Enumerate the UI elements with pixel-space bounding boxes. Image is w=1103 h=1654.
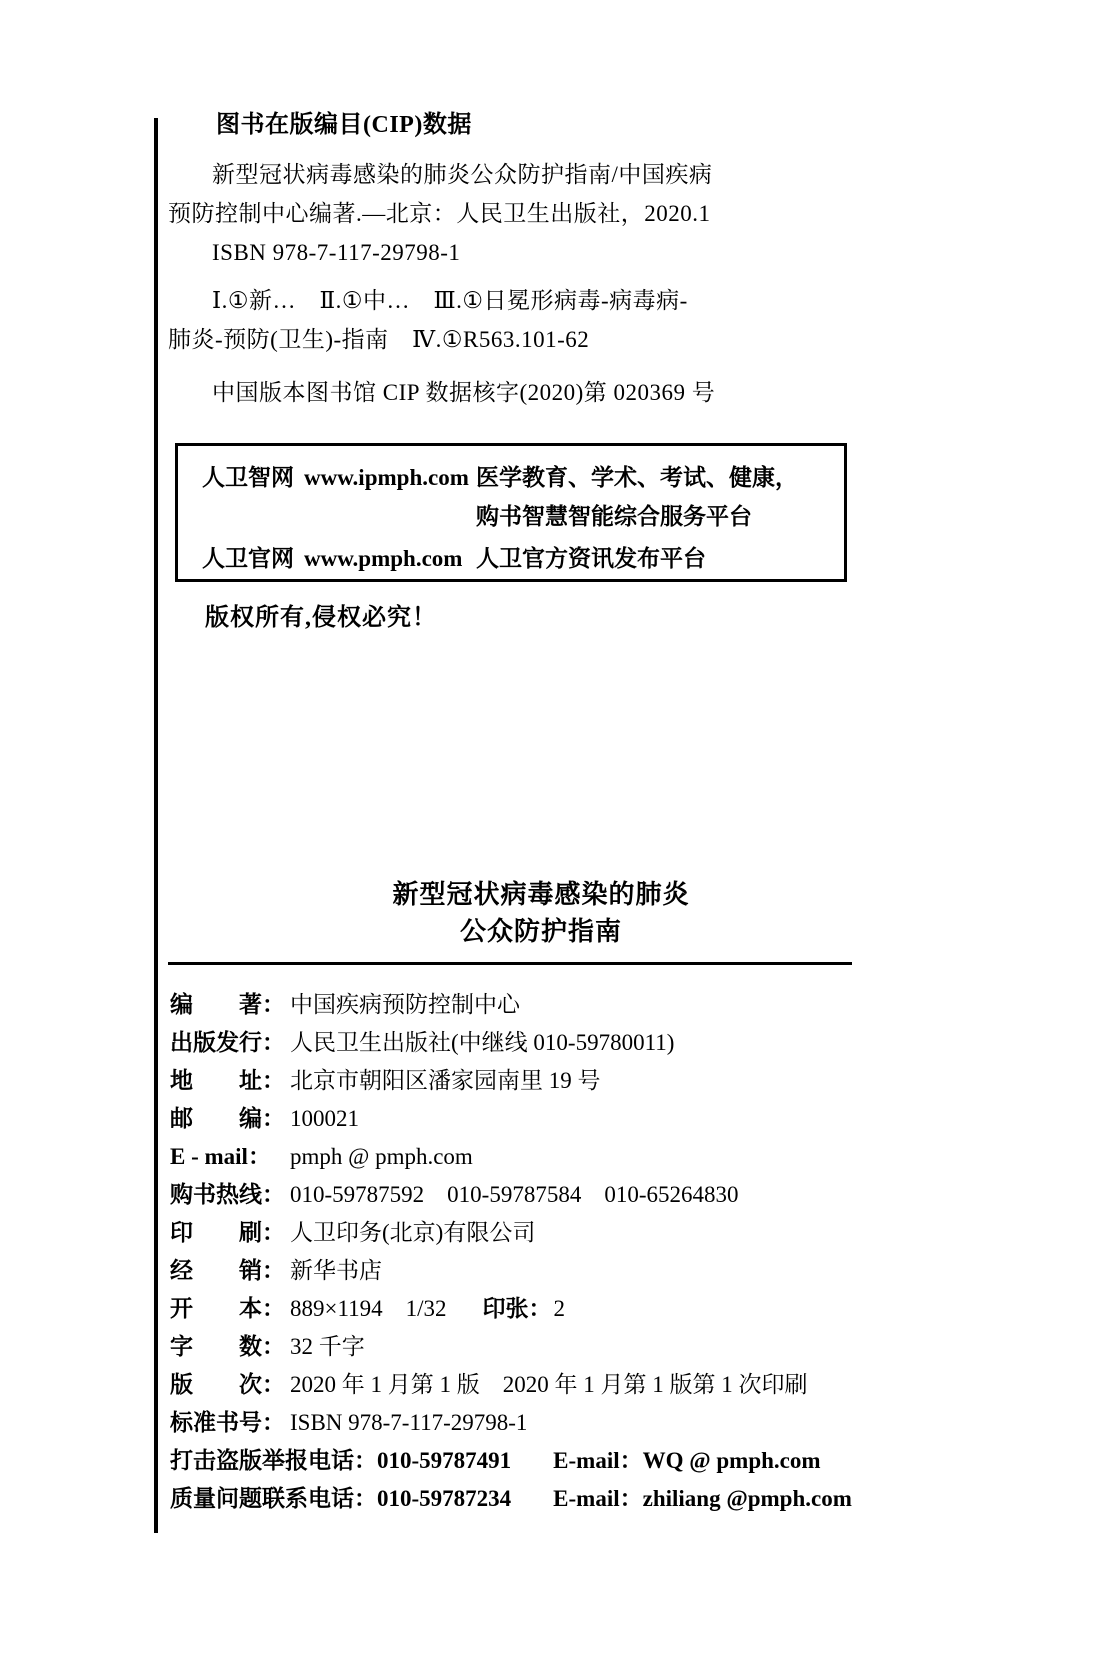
cip-data-section: 图书在版编目(CIP)数据 新型冠状病毒感染的肺炎公众防护指南/中国疾病 预防控… <box>168 106 864 412</box>
row-value: 889×1194 1/32 <box>290 1290 447 1328</box>
site-description: 医学教育、学术、考试、健康， <box>476 458 844 497</box>
row-value: pmph @ pmph.com <box>290 1138 473 1176</box>
hotline-phone: 打击盗版举报电话：010-59787491 <box>170 1442 511 1480</box>
row-value: 新华书店 <box>290 1252 382 1290</box>
row-label: 购书热线： <box>170 1176 290 1214</box>
row-label: 地 址： <box>170 1062 290 1100</box>
row-label: 字 数： <box>170 1328 290 1366</box>
colophon-row-format: 开 本： 889×1194 1/32 印张： 2 <box>170 1290 930 1328</box>
book-title: 新型冠状病毒感染的肺炎 公众防护指南 <box>168 876 886 950</box>
copyright-notice: 版权所有,侵权必究！ <box>205 597 437 632</box>
row-label: 经 销： <box>170 1252 290 1290</box>
colophon-row-edition: 版 次： 2020 年 1 月第 1 版 2020 年 1 月第 1 版第 1 … <box>170 1366 930 1404</box>
row-value: 100021 <box>290 1100 359 1138</box>
row-label-secondary: 印张： <box>483 1290 552 1328</box>
site-description: 人卫官方资讯发布平台 <box>476 539 844 578</box>
row-label: 开 本： <box>170 1290 290 1328</box>
book-title-line1: 新型冠状病毒感染的肺炎 <box>196 876 886 913</box>
colophon-row-wordcount: 字 数： 32 千字 <box>170 1328 930 1366</box>
row-value: 32 千字 <box>290 1328 365 1366</box>
book-title-line2: 公众防护指南 <box>196 913 886 950</box>
colophon-row-printer: 印 刷： 人卫印务(北京)有限公司 <box>170 1214 930 1252</box>
site-url: www.pmph.com <box>304 539 476 578</box>
row-value: 北京市朝阳区潘家园南里 19 号 <box>290 1062 601 1100</box>
colophon-row-email: E - mail： pmph @ pmph.com <box>170 1138 930 1176</box>
row-value: 010-59787592 010-59787584 010-65264830 <box>290 1176 738 1214</box>
site-name: 人卫智网 <box>202 458 304 497</box>
row-label: 出版发行： <box>170 1024 290 1062</box>
row-label: 标准书号： <box>170 1404 290 1442</box>
colophon-section: 编 著： 中国疾病预防控制中心 出版发行： 人民卫生出版社(中继线 010-59… <box>170 986 930 1518</box>
row-label: 印 刷： <box>170 1214 290 1252</box>
copyright-page: 图书在版编目(CIP)数据 新型冠状病毒感染的肺炎公众防护指南/中国疾病 预防控… <box>0 0 1103 1654</box>
row-value: 人民卫生出版社(中继线 010-59780011) <box>290 1024 674 1062</box>
row-label: 编 著： <box>170 986 290 1024</box>
row-value: 2020 年 1 月第 1 版 2020 年 1 月第 1 版第 1 次印刷 <box>290 1366 808 1404</box>
title-divider-rule <box>168 962 852 965</box>
colophon-row-publisher: 出版发行： 人民卫生出版社(中继线 010-59780011) <box>170 1024 930 1062</box>
row-value: 中国疾病预防控制中心 <box>290 986 520 1024</box>
cip-isbn: ISBN 978-7-117-29798-1 <box>168 233 864 272</box>
cip-classification-line2: 肺炎-预防(卫生)-指南 Ⅳ.①R563.101-62 <box>168 320 864 359</box>
colophon-row-address: 地 址： 北京市朝阳区潘家园南里 19 号 <box>170 1062 930 1100</box>
colophon-row-order-hotline: 购书热线： 010-59787592 010-59787584 010-6526… <box>170 1176 930 1214</box>
row-value: ISBN 978-7-117-29798-1 <box>290 1404 527 1442</box>
publisher-websites-box: 人卫智网 www.ipmph.com 医学教育、学术、考试、健康， 购书智慧智能… <box>175 443 847 582</box>
quality-contact-hotline-row: 质量问题联系电话：010-59787234 E-mail：zhiliang @p… <box>170 1480 930 1518</box>
colophon-row-postcode: 邮 编： 100021 <box>170 1100 930 1138</box>
cip-description-line1: 新型冠状病毒感染的肺炎公众防护指南/中国疾病 <box>168 155 864 194</box>
left-margin-rule <box>154 118 158 1533</box>
cip-description-line2: 预防控制中心编著.—北京：人民卫生出版社，2020.1 <box>168 194 864 233</box>
piracy-report-hotline-row: 打击盗版举报电话：010-59787491 E-mail：WQ @ pmph.c… <box>170 1442 930 1480</box>
cip-header: 图书在版编目(CIP)数据 <box>168 106 864 145</box>
row-value: 人卫印务(北京)有限公司 <box>290 1214 535 1252</box>
colophon-row-standard-isbn: 标准书号： ISBN 978-7-117-29798-1 <box>170 1404 930 1442</box>
site-url: www.ipmph.com <box>304 458 476 497</box>
row-label: E - mail： <box>170 1138 290 1176</box>
promo-row-pmph: 人卫官网 www.pmph.com 人卫官方资讯发布平台 <box>202 539 844 578</box>
hotline-phone: 质量问题联系电话：010-59787234 <box>170 1480 511 1518</box>
hotline-email: E-mail：WQ @ pmph.com <box>553 1442 820 1480</box>
site-description-cont: 购书智慧智能综合服务平台 <box>476 497 844 536</box>
colophon-row-distributor: 经 销： 新华书店 <box>170 1252 930 1290</box>
hotline-email: E-mail：zhiliang @pmph.com <box>553 1480 852 1518</box>
row-label: 版 次： <box>170 1366 290 1404</box>
cip-classification-line1: Ⅰ.①新… Ⅱ.①中… Ⅲ.①日冕形病毒-病毒病- <box>168 281 864 320</box>
promo-row-ipmph: 人卫智网 www.ipmph.com 医学教育、学术、考试、健康， <box>202 458 844 497</box>
promo-row-ipmph-cont: 购书智慧智能综合服务平台 <box>202 497 844 536</box>
cip-registry-number: 中国版本图书馆 CIP 数据核字(2020)第 020369 号 <box>168 373 864 412</box>
site-name: 人卫官网 <box>202 539 304 578</box>
colophon-row-editor: 编 著： 中国疾病预防控制中心 <box>170 986 930 1024</box>
row-label: 邮 编： <box>170 1100 290 1138</box>
row-value-secondary: 2 <box>554 1290 566 1328</box>
